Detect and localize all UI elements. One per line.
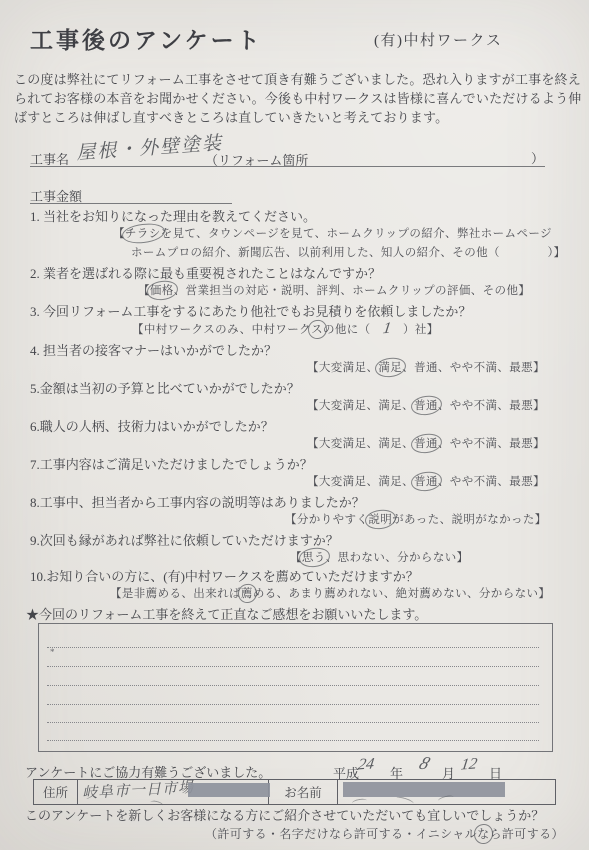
permission-question: このアンケートを新しくお客様になる方にご紹介させていただいても宜しいでしょうか？ [25, 805, 544, 824]
q3-handwritten-count: 1 [381, 320, 392, 339]
free-comment-prompt: ★今回のリフォーム工事を終えて正直なご感想をお願いいたします。 [26, 604, 427, 623]
name-redaction-block [343, 782, 505, 797]
q2-circled-answer: 価格 [150, 282, 174, 298]
q8-circled-answer: 説明 [368, 511, 392, 527]
q9-post: 、思わない、分からない】 [326, 552, 469, 564]
question-6: 6.職人の人柄、技術力はいかがでしたか？ [30, 416, 274, 435]
question-1: 1. 当社をお知りになった理由を教えてください。 [30, 206, 316, 225]
address-label: 住所 [34, 780, 78, 804]
project-name-handwritten: 屋根・外壁塗装 [75, 128, 224, 165]
q6-pre: 【大変満足、満足、 [307, 438, 414, 450]
comment-line-6 [47, 740, 539, 741]
permission-options: （許可する・名字だけなら許可する・イニシャルなら許可する） [205, 825, 564, 842]
comment-line-2 [47, 666, 539, 667]
q6-circled-answer: 普通 [414, 435, 438, 451]
question-9-options: 【思う、思わない、分からない】 [290, 549, 469, 565]
comment-box: * [38, 623, 553, 752]
q10-post: める、あまり薦めれない、絶対薦めない、分からない】 [253, 588, 551, 600]
question-8: 8.工事中、担当者から工事内容の説明等はありましたか？ [30, 492, 365, 511]
comment-line-3 [47, 685, 539, 686]
q1-circled-answer: チラシ [125, 225, 161, 241]
q3-mid: の他に（ [323, 324, 371, 336]
q5-post: 、やや不満、最悪】 [438, 400, 545, 412]
intro-line-1: この度は弊社にてリフォーム工事をさせて頂き有難うございました。恐れ入りますが工事… [14, 69, 581, 88]
year-handwritten: 24 [357, 755, 376, 774]
question-2-options: 【価格、営業担当の対応・説明、評判、ホームクリップの評価、その他】 [138, 282, 530, 298]
project-amount-underline [30, 203, 232, 204]
comment-line-5 [47, 722, 539, 723]
comment-line-4 [47, 704, 539, 705]
q5-pre: 【大変満足、満足、 [307, 400, 414, 412]
question-5-options: 【大変満足、満足、普通、やや不満、最悪】 [307, 397, 545, 413]
question-1-options-line-2: ホームプロの紹介、新聞広告、以前利用した、知人の紹介、その他（ ）】 [131, 244, 566, 260]
address-redaction-block [188, 783, 270, 797]
project-name-underline [30, 166, 545, 167]
month-handwritten: 8 [416, 753, 433, 775]
q3-circled-mark: ス [311, 321, 323, 337]
q10-circled-answer: 薦 [241, 585, 253, 601]
question-9: 9.次回も縁があれば弊社に依頼していただけますか？ [30, 530, 339, 549]
name-label: お名前 [269, 780, 338, 804]
question-4: 4. 担当者の接客マナーはいかがでしたか？ [30, 340, 277, 359]
q9-circled-answer: 思う [302, 549, 326, 565]
q3-pre: 【中村ワークスのみ、中村ワーク [132, 324, 311, 336]
q8-post: があった、説明がなかった】 [392, 514, 547, 526]
survey-page: 工事後のアンケート (有)中村ワークス この度は弊社にてリフォーム工事をさせて頂… [0, 0, 589, 850]
question-3-options: 【中村ワークスのみ、中村ワークスの他に（1）社】 [132, 320, 439, 338]
q2-rest: 、営業担当の対応・説明、評判、ホームクリップの評価、その他】 [174, 285, 531, 297]
question-5: 5.金額は当初の予算と比べていかがでしたか？ [30, 378, 300, 397]
q4-circled-answer: 満足 [378, 359, 402, 375]
q4-post: 、普通、やや不満、最悪】 [402, 362, 545, 374]
q7-post: 、やや不満、最悪】 [438, 476, 545, 488]
q10-pre: 【是非薦める、出来れば [110, 588, 241, 600]
q5-circled-answer: 普通 [414, 397, 438, 413]
page-title: 工事後のアンケート [30, 22, 263, 55]
question-2: 2. 業者を選ばれる際に最も重要視されたことはなんですか？ [30, 263, 381, 282]
permission-post: ら許可する） [490, 827, 564, 841]
question-7-options: 【大変満足、満足、普通、やや不満、最悪】 [307, 473, 545, 489]
day-handwritten: 12 [460, 755, 479, 774]
comment-line-1 [47, 647, 539, 648]
intro-line-3: ばすところは伸ばし直すべきところは直していきたいと考えております。 [14, 107, 448, 126]
q7-pre: 【大変満足、満足、 [307, 476, 414, 488]
question-1-options-line-1: 【チラシを見て、タウンページを見て、ホームクリップの紹介、弊社ホームページ [113, 225, 552, 241]
question-3: 3. 今回リフォーム工事をするにあたり他社でもお見積りを依頼しましたか？ [30, 301, 471, 320]
q8-pre: 【分かりやすく [285, 514, 368, 526]
question-10: 10.お知り合いの方に、(有)中村ワークスを薦めていただけますか？ [30, 566, 419, 585]
question-6-options: 【大変満足、満足、普通、やや不満、最悪】 [307, 435, 545, 451]
q6-post: 、やや不満、最悪】 [438, 438, 545, 450]
comment-box-mark: * [50, 647, 55, 657]
question-7: 7.工事内容はご満足いただけましたでしょうか？ [30, 454, 313, 473]
reform-location-close-paren: ） [531, 148, 544, 167]
question-4-options: 【大変満足、満足、普通、やや不満、最悪】 [307, 359, 545, 375]
intro-line-2: られてお客様の本音をお聞かせください。今後も中村ワークスは皆様に喜んでいただける… [14, 88, 581, 107]
q4-pre: 【大変満足、 [307, 362, 378, 374]
q3-post: ）社】 [403, 324, 439, 336]
question-10-options: 【是非薦める、出来れば薦める、あまり薦めれない、絶対薦めない、分からない】 [110, 585, 550, 601]
permission-pre: （許可する・名字だけなら許可する・イニシャル [205, 827, 477, 841]
q7-circled-answer: 普通 [414, 473, 438, 489]
q1-rest: を見て、タウンページを見て、ホームクリップの紹介、弊社ホームページ [161, 228, 552, 240]
permission-circled-answer: な [477, 825, 489, 842]
company-name: (有)中村ワークス [374, 29, 502, 50]
question-8-options: 【分かりやすく説明があった、説明がなかった】 [285, 511, 547, 527]
